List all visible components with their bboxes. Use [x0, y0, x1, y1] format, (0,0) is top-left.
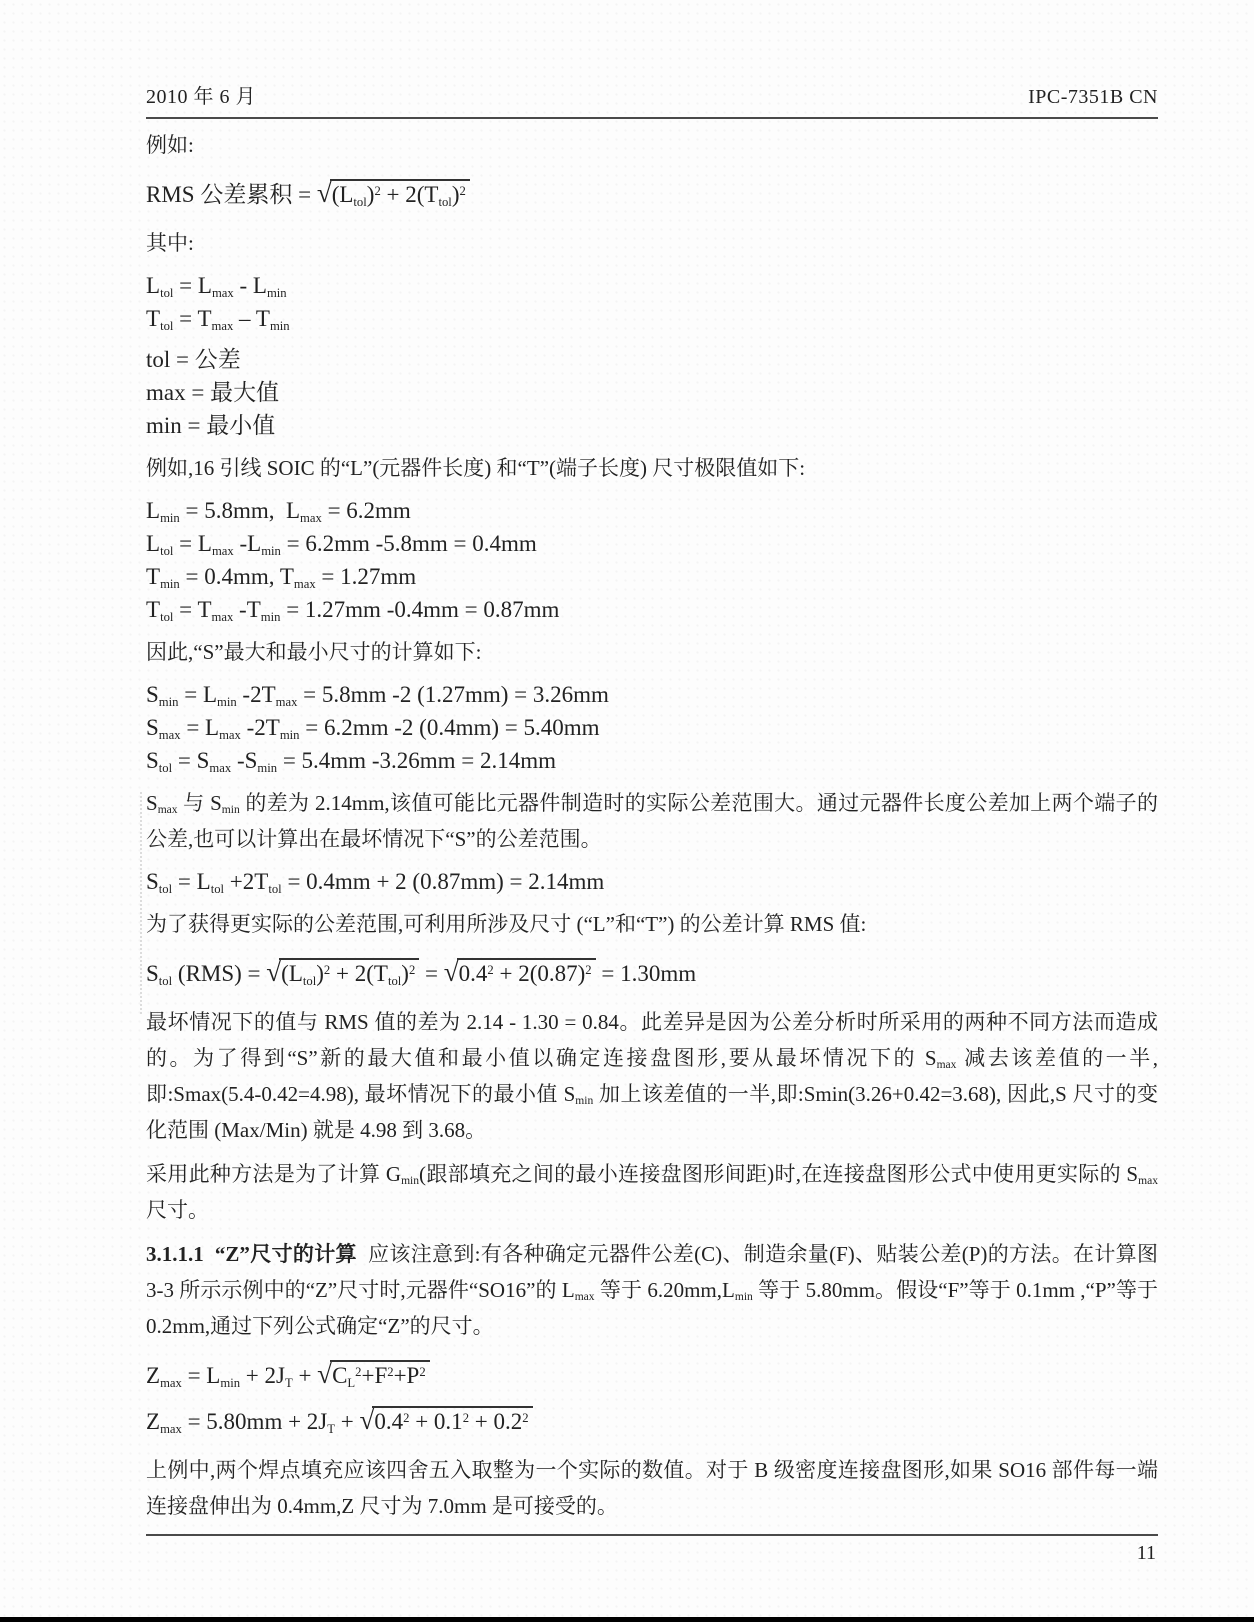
formula-line: RMS 公差累积 = √(Ltol)2 + 2(Ttol)2: [146, 171, 1158, 217]
subscript: min: [257, 761, 277, 775]
subscript: max: [212, 319, 234, 333]
sqrt-radical: √(Ltol)2 + 2(Ttol)2: [266, 961, 419, 986]
subscript: tol: [353, 195, 366, 209]
subscript: max: [212, 610, 234, 624]
sqrt-radical: √CL2+F2+P2: [317, 1363, 429, 1388]
superscript: 2: [409, 963, 415, 977]
formula-line: Lmin = 5.8mm, Lmax = 6.2mm: [146, 494, 1158, 527]
paragraph: 采用此种方法是为了计算 Gmin(跟部填充之间的最小连接盘图形间距)时,在连接盘…: [146, 1156, 1158, 1228]
page-content: 例如:RMS 公差累积 = √(Ltol)2 + 2(Ttol)2其中:Ltol…: [146, 127, 1158, 1524]
superscript: 2: [460, 184, 466, 198]
formula-line: max = 最大值: [146, 376, 1158, 409]
paragraph: 因此,“S”最大和最小尺寸的计算如下:: [146, 634, 1158, 670]
subscript: tol: [388, 974, 401, 988]
subscript: min: [280, 728, 300, 742]
subscript: tol: [160, 610, 173, 624]
formula-line: Zmax = Lmin + 2JT + √CL2+F2+P2: [146, 1352, 1158, 1398]
formula-group: tol = 公差max = 最大值min = 最小值: [146, 343, 1158, 442]
paragraph: 其中:: [146, 225, 1158, 261]
subscript: max: [219, 728, 241, 742]
subscript: tol: [159, 974, 172, 988]
formula-line: Stol = Smax -Smin = 5.4mm -3.26mm = 2.14…: [146, 744, 1158, 777]
subscript: tol: [211, 882, 224, 896]
subscript: tol: [268, 882, 281, 896]
subscript: max: [294, 577, 316, 591]
footer-rule: [146, 1534, 1158, 1536]
formula-line: Stol = Ltol +2Ttol = 0.4mm + 2 (0.87mm) …: [146, 865, 1158, 898]
subscript: tol: [303, 974, 316, 988]
formula-line: min = 最小值: [146, 409, 1158, 442]
subscript: max: [575, 1291, 595, 1303]
sqrt-radical: √0.42 + 2(0.87)2: [444, 961, 596, 986]
subscript: min: [160, 577, 180, 591]
formula-line: Ttol = Tmax – Tmin: [146, 302, 1158, 335]
subscript: min: [267, 286, 287, 300]
subscript: max: [160, 1376, 182, 1390]
superscript: 2: [522, 1411, 528, 1425]
subscript: max: [160, 1422, 182, 1436]
subscript: tol: [159, 882, 172, 896]
formula-line: Ltol = Lmax -Lmin = 6.2mm -5.8mm = 0.4mm: [146, 527, 1158, 560]
subscript: max: [209, 761, 231, 775]
paragraph: 例如:: [146, 127, 1158, 163]
document-page: 2010 年 6 月 IPC-7351B CN 例如:RMS 公差累积 = √(…: [0, 0, 1254, 1622]
superscript: 2: [324, 963, 330, 977]
page-number: 11: [146, 1542, 1158, 1565]
subscript: min: [261, 610, 281, 624]
subscript: min: [217, 695, 237, 709]
formula-group: Ltol = Lmax - LminTtol = Tmax – Tmin: [146, 269, 1158, 335]
formula-group: Smin = Lmin -2Tmax = 5.8mm -2 (1.27mm) =…: [146, 678, 1158, 777]
paragraph: 例如,16 引线 SOIC 的“L”(元器件长度) 和“T”(端子长度) 尺寸极…: [146, 450, 1158, 486]
formula-line: Ltol = Lmax - Lmin: [146, 269, 1158, 302]
subscript: min: [159, 695, 179, 709]
radicand: CL2+F2+P2: [330, 1360, 430, 1388]
sqrt-radical: √0.42 + 0.12 + 0.22: [359, 1409, 532, 1434]
subscript: min: [261, 544, 281, 558]
radicand: (Ltol)2 + 2(Ttol)2: [279, 958, 419, 986]
formula-group: RMS 公差累积 = √(Ltol)2 + 2(Ttol)2: [146, 171, 1158, 217]
subscript: max: [158, 804, 178, 816]
header-rule: [146, 117, 1158, 119]
superscript: 2: [487, 963, 493, 977]
paragraph: 为了获得更实际的公差范围,可利用所涉及尺寸 (“L”和“T”) 的公差计算 RM…: [146, 906, 1158, 942]
superscript: 2: [403, 1411, 409, 1425]
section-heading: 3.1.1.1 “Z”尺寸的计算: [146, 1242, 357, 1266]
paragraph: Smax 与 Smin 的差为 2.14mm,该值可能比元器件制造时的实际公差范…: [146, 785, 1158, 857]
formula-line: Ttol = Tmax -Tmin = 1.27mm -0.4mm = 0.87…: [146, 593, 1158, 626]
superscript: 2: [419, 1365, 425, 1379]
paragraph: 3.1.1.1 “Z”尺寸的计算 应该注意到:有各种确定元器件公差(C)、制造余…: [146, 1236, 1158, 1344]
subscript: min: [735, 1291, 753, 1303]
subscript: min: [575, 1095, 593, 1107]
subscript: min: [160, 511, 180, 525]
superscript: 2: [374, 184, 380, 198]
subscript: tol: [160, 319, 173, 333]
superscript: 2: [585, 963, 591, 977]
superscript: 2: [463, 1411, 469, 1425]
subscript: min: [222, 804, 240, 816]
subscript: min: [401, 1175, 419, 1187]
formula-group: Stol (RMS) = √(Ltol)2 + 2(Ttol)2 = √0.42…: [146, 950, 1158, 996]
formula-line: Smin = Lmin -2Tmax = 5.8mm -2 (1.27mm) =…: [146, 678, 1158, 711]
subscript: max: [300, 511, 322, 525]
subscript: max: [276, 695, 298, 709]
formula-line: Zmax = 5.80mm + 2JT + √0.42 + 0.12 + 0.2…: [146, 1398, 1158, 1444]
subscript: max: [937, 1059, 957, 1071]
paragraph: 最坏情况下的值与 RMS 值的差为 2.14 - 1.30 = 0.84。此差异…: [146, 1004, 1158, 1148]
subscript: tol: [159, 761, 172, 775]
subscript: T: [285, 1376, 293, 1390]
formula-line: Smax = Lmax -2Tmin = 6.2mm -2 (0.4mm) = …: [146, 711, 1158, 744]
radicand: 0.42 + 2(0.87)2: [457, 958, 596, 986]
header-doc-id: IPC-7351B CN: [1028, 86, 1158, 109]
formula-line: Tmin = 0.4mm, Tmax = 1.27mm: [146, 560, 1158, 593]
page-header: 2010 年 6 月 IPC-7351B CN: [146, 80, 1158, 109]
superscript: 2: [387, 1365, 393, 1379]
subscript: max: [212, 286, 234, 300]
header-date: 2010 年 6 月: [146, 80, 256, 109]
formula-group: Lmin = 5.8mm, Lmax = 6.2mmLtol = Lmax -L…: [146, 494, 1158, 626]
subscript: max: [212, 544, 234, 558]
subscript: L: [347, 1376, 355, 1390]
subscript: min: [220, 1376, 240, 1390]
subscript: tol: [160, 286, 173, 300]
radicand: 0.42 + 0.12 + 0.22: [372, 1406, 532, 1434]
sqrt-radical: √(Ltol)2 + 2(Ttol)2: [317, 182, 470, 207]
subscript: max: [159, 728, 181, 742]
formula-group: Stol = Ltol +2Ttol = 0.4mm + 2 (0.87mm) …: [146, 865, 1158, 898]
formula-line: Stol (RMS) = √(Ltol)2 + 2(Ttol)2 = √0.42…: [146, 950, 1158, 996]
subscript: max: [1138, 1175, 1158, 1187]
subscript: tol: [438, 195, 451, 209]
subscript: min: [270, 319, 290, 333]
formula-group: Zmax = Lmin + 2JT + √CL2+F2+P2Zmax = 5.8…: [146, 1352, 1158, 1444]
scan-edge-strip: [0, 1617, 1254, 1622]
subscript: tol: [160, 544, 173, 558]
radicand: (Ltol)2 + 2(Ttol)2: [330, 179, 470, 207]
superscript: 2: [355, 1365, 361, 1379]
paragraph: 上例中,两个焊点填充应该四舍五入取整为一个实际的数值。对于 B 级密度连接盘图形…: [146, 1452, 1158, 1524]
formula-line: tol = 公差: [146, 343, 1158, 376]
scan-artifact-dotted-line: [140, 792, 142, 1014]
subscript: T: [327, 1422, 335, 1436]
